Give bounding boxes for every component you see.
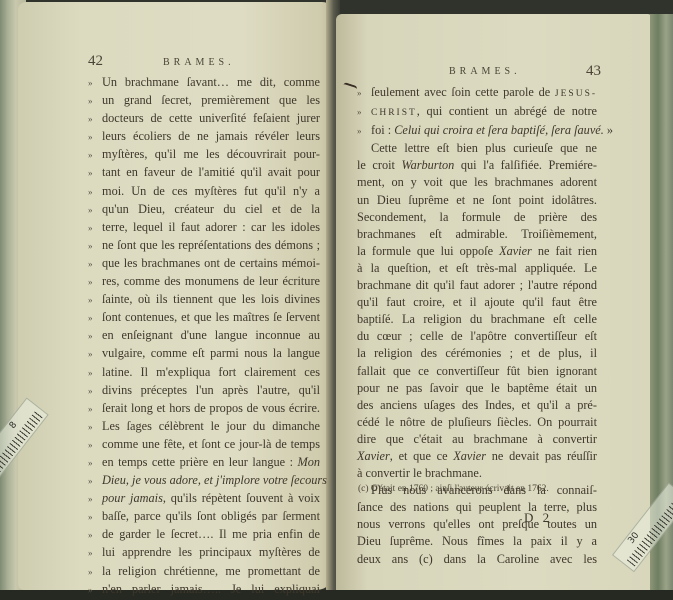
text-line: »Les ſages célèbrent le jour du dimanche: [88, 418, 320, 436]
text-run: des anciens uſages des Indes, et qu'il a…: [357, 398, 597, 412]
text-run: leurs écoliers de ne jamais révéler leur…: [102, 129, 320, 143]
quote-mark: »: [88, 202, 102, 219]
quote-mark: »: [88, 328, 102, 345]
quote-mark: »: [357, 104, 371, 121]
text-run: ne ſont que les repréſentations des démo…: [102, 238, 320, 252]
text-line: brachmane dit qu'il faut adorer ; l'autr…: [357, 277, 597, 294]
italic-text: Xavier: [499, 244, 532, 258]
text-run: qui l'a falſifiée. Premiére-: [454, 158, 597, 172]
quote-mark: »: [88, 383, 102, 400]
quote-mark: »: [88, 473, 102, 490]
text-run: Cette lettre eſt bien plus curieuſe que …: [371, 141, 597, 155]
italic-text: Celui qui croira et ſera baptiſé, ſera ſ…: [394, 123, 604, 137]
text-line: deux ans (c) dans la Caroline avec les: [357, 551, 597, 568]
quote-mark: »: [357, 123, 371, 140]
text-line: baptiſé. La religion du brachmane eſt ce…: [357, 311, 597, 328]
right-running-head: BRAMES.: [449, 66, 521, 77]
text-line: ment, on y voit que les brachmanes adore…: [357, 174, 597, 191]
italic-text: Xavier: [453, 449, 486, 463]
text-run: , et que ce: [390, 449, 453, 463]
text-run: le croit: [357, 158, 401, 172]
text-line: »n'en parler jamais….. Je lui expliquai: [88, 581, 320, 599]
text-line: »Dieu, je vous adore, et j'implore votre…: [88, 472, 320, 490]
text-run: du cœur ; celle de l'apôtre convertiſſeu…: [357, 329, 597, 343]
text-line: »de garder le ſecret…. Il me pria enfin …: [88, 526, 320, 544]
text-run: en enſeignant d'une langue inconnue au: [102, 328, 320, 342]
text-run: Secondement, la formule de prière des: [357, 210, 597, 224]
text-run: docteurs de cette univerſité feſaient ju…: [102, 111, 320, 125]
text-line: »Un brachmane ſavant… me dit, comme: [88, 74, 320, 92]
text-line: »divins préceptes l'un après l'autre, qu…: [88, 382, 320, 400]
text-run: la formule que lui oppoſe: [357, 244, 499, 258]
text-run: Un brachmane ſavant… me dit, comme: [102, 75, 320, 89]
text-line: cédé le nôtre de pluſieurs ſiècles. On p…: [357, 414, 597, 431]
text-run: ne fait rien: [532, 244, 597, 258]
text-run: Les ſages célèbrent le jour du dimanche: [102, 419, 320, 433]
text-line: »res, comme des monumens de leur écritur…: [88, 273, 320, 291]
quote-mark: »: [88, 509, 102, 526]
text-run: lui apprendre les principaux myſtères de: [102, 545, 320, 559]
footnote: (c) C'était en 1760 ; ainſi l'auteur écr…: [358, 484, 549, 494]
text-line: »la religion chrétienne, me promettant d…: [88, 563, 320, 581]
open-book-scan: 42 BRAMES. »Un brachmane ſavant… me dit,…: [0, 0, 673, 600]
text-line: »lui apprendre les principaux myſtères d…: [88, 544, 320, 562]
quote-mark: »: [88, 129, 102, 146]
text-run: res, comme des monumens de leur écriture: [102, 274, 320, 288]
text-run: terre, lequel il faut adorer : car les i…: [102, 220, 320, 234]
text-line: »comme une fête, et ſont ce jour-là de t…: [88, 436, 320, 454]
text-line: pour ne pas ſavoir que le baptême était …: [357, 380, 597, 397]
text-line: »tant en faveur de l'amitié qu'il avait …: [88, 164, 320, 182]
quote-mark: »: [88, 165, 102, 182]
text-run: n'en parler jamais….. Je lui expliquai: [102, 582, 320, 596]
quote-mark: »: [88, 220, 102, 237]
quote-mark: »: [88, 111, 102, 128]
text-run: comme une fête, et ſont ce jour-là de te…: [102, 437, 320, 451]
text-line: »ne ſont que les repréſentations des dém…: [88, 237, 320, 255]
text-line: ſance des nations qui peuplent la terre,…: [357, 499, 597, 516]
text-run: un grand ſecret, premièrement que les: [102, 93, 320, 107]
text-run: un Dieu ſuprême et ne ſont point idolâtr…: [357, 193, 597, 207]
text-run: ſont contenues, et que les maîtres ſe ſe…: [102, 310, 320, 324]
text-run: à convertir le brachmane.: [357, 466, 482, 480]
text-line: fallait que ce convertiſſeur fût bien ig…: [357, 363, 597, 380]
quote-mark: »: [88, 527, 102, 544]
text-line: »foi : Celui qui croira et ſera baptiſé,…: [357, 122, 597, 140]
text-run: , qui contient un abrégé de notre: [417, 104, 597, 118]
text-line: »ſainte, où ils tiennent que les lois di…: [88, 291, 320, 309]
text-run: la religion des cérémonies ; et de plus,…: [357, 346, 597, 360]
text-run: foi :: [371, 123, 391, 137]
text-run: tant en faveur de l'amitié qu'il avait p…: [102, 165, 320, 179]
ruler-label: 8: [8, 420, 19, 431]
text-line: du cœur ; celle de l'apôtre convertiſſeu…: [357, 328, 597, 345]
text-run: qu'un Dieu, créateur du ciel et de la: [102, 202, 320, 216]
left-page-number: 42: [88, 53, 103, 70]
text-line: »CHRIST, qui contient un abrégé de notre: [357, 103, 597, 122]
text-line: un Dieu ſuprême et ne ſont point idolâtr…: [357, 192, 597, 209]
text-run: nous verrons qu'elles ont preſque toutes…: [357, 517, 597, 531]
text-line: qu'il faut croire, et il ajoute qu'il fa…: [357, 294, 597, 311]
text-run: en temps cette prière en leur langue :: [102, 455, 293, 469]
quote-mark: »: [88, 545, 102, 562]
text-line: nous verrons qu'elles ont preſque toutes…: [357, 516, 597, 533]
text-line: dire que c'était au brachmane à converti…: [357, 431, 597, 448]
text-run: divins préceptes l'un après l'autre, qu'…: [102, 383, 320, 397]
quote-mark: »: [88, 491, 102, 508]
text-line: la religion des cérémonies ; et de plus,…: [357, 345, 597, 362]
text-line: »latine. Il m'expliqua fort clairement c…: [88, 364, 320, 382]
text-run: deux ans (c) dans la Caroline avec les: [357, 552, 597, 566]
right-page-text: »ſeulement avec ſoin cette parole de JES…: [357, 84, 597, 568]
quote-mark: »: [88, 274, 102, 291]
text-run: latine. Il m'expliqua fort clairement ce…: [102, 365, 320, 379]
text-line: Dieu ſuprême. Nous fîmes la paix il y a: [357, 533, 597, 550]
text-run: baſſe, parce qu'ils ſont obligés par ſer…: [102, 509, 320, 523]
text-run: ne devait pas réuſſir: [486, 449, 597, 463]
small-caps-text: CHRIST: [371, 108, 417, 118]
quote-mark: »: [88, 75, 102, 92]
text-run: moi. Un de ces myſtères fut qu'il n'y a: [102, 184, 320, 198]
quote-mark: »: [88, 184, 102, 201]
text-line: »en enſeignant d'une langue inconnue au: [88, 327, 320, 345]
quote-mark: »: [604, 123, 613, 137]
text-run: la religion chrétienne, me promettant de: [102, 564, 320, 578]
quote-mark: »: [88, 147, 102, 164]
small-caps-text: JESUS-: [555, 89, 597, 99]
quote-mark: »: [357, 85, 371, 102]
text-line: »baſſe, parce qu'ils ſont obligés par ſe…: [88, 508, 320, 526]
text-line: »moi. Un de ces myſtères fut qu'il n'y a: [88, 183, 320, 201]
text-line: la formule que lui oppoſe Xavier ne fait…: [357, 243, 597, 260]
text-line: »qu'un Dieu, créateur du ciel et de la: [88, 201, 320, 219]
text-run: ſainte, où ils tiennent que les lois div…: [102, 292, 320, 306]
text-line: à la queſtion, et eſt très-mal appliquée…: [357, 260, 597, 277]
left-running-head: BRAMES.: [163, 57, 235, 68]
text-line: »vulgaire, comme eſt parmi nous la langu…: [88, 345, 320, 363]
quote-mark: »: [88, 582, 102, 599]
text-line: »ſont contenues, et que les maîtres ſe ſ…: [88, 309, 320, 327]
text-line: Secondement, la formule de prière des: [357, 209, 597, 226]
quote-mark: »: [88, 455, 102, 472]
quote-mark: »: [88, 401, 102, 418]
text-line: le croit Warburton qui l'a falſifiée. Pr…: [357, 157, 597, 174]
text-run: ſance des nations qui peuplent la terre,…: [357, 500, 597, 514]
italic-text: Dieu, je vous adore, et j'implore votre …: [102, 473, 327, 487]
text-line: des anciens uſages des Indes, et qu'il a…: [357, 397, 597, 414]
text-run: brachmane dit qu'il faut adorer ; l'autr…: [357, 278, 597, 292]
italic-text: Xavier: [357, 449, 390, 463]
quote-mark: »: [88, 564, 102, 581]
text-line: »pour jamais, qu'ils répètent ſouvent à …: [88, 490, 320, 508]
text-run: brachmanes eſt admirable. Troiſièmement,: [357, 227, 597, 241]
text-run: ſerait long et hors de propos de vous éc…: [102, 401, 320, 415]
text-run: myſtères, qu'il me les découvrirait pour…: [102, 147, 320, 161]
text-line: à convertir le brachmane.: [357, 465, 597, 482]
left-page-text: »Un brachmane ſavant… me dit, comme»un g…: [88, 74, 320, 599]
signature-mark: D 2: [524, 510, 552, 526]
italic-text: Mon: [297, 455, 320, 469]
text-line: Cette lettre eſt bien plus curieuſe que …: [357, 140, 597, 157]
text-line: »ſeulement avec ſoin cette parole de JES…: [357, 84, 597, 103]
text-line: »ſerait long et hors de propos de vous é…: [88, 400, 320, 418]
quote-mark: »: [88, 238, 102, 255]
text-line: »terre, lequel il faut adorer : car les …: [88, 219, 320, 237]
text-run: ment, on y voit que les brachmanes adore…: [357, 175, 597, 189]
text-run: pour ne pas ſavoir que le baptême était …: [357, 381, 597, 395]
text-run: Dieu ſuprême. Nous fîmes la paix il y a: [357, 534, 597, 548]
italic-text: Warburton: [401, 158, 454, 172]
text-run: dire que c'était au brachmane à converti…: [357, 432, 597, 446]
right-page-number: 43: [586, 63, 601, 80]
text-run: fallait que ce convertiſſeur fût bien ig…: [357, 364, 597, 378]
text-line: »un grand ſecret, premièrement que les: [88, 92, 320, 110]
text-run: que les brachmanes ont de certains mémoi…: [102, 256, 320, 270]
text-line: »que les brachmanes ont de certains mémo…: [88, 255, 320, 273]
text-run: , qu'ils répètent ſouvent à voix: [163, 491, 320, 505]
text-run: de garder le ſecret…. Il me pria enfin d…: [102, 527, 320, 541]
text-line: »docteurs de cette univerſité feſaient j…: [88, 110, 320, 128]
quote-mark: »: [88, 419, 102, 436]
quote-mark: »: [88, 365, 102, 382]
text-line: »en temps cette prière en leur langue : …: [88, 454, 320, 472]
text-line: brachmanes eſt admirable. Troiſièmement,: [357, 226, 597, 243]
quote-mark: »: [88, 310, 102, 327]
text-run: baptiſé. La religion du brachmane eſt ce…: [357, 312, 597, 326]
quote-mark: »: [88, 292, 102, 309]
quote-mark: »: [88, 437, 102, 454]
text-run: à la queſtion, et eſt très-mal appliquée…: [357, 261, 597, 275]
text-run: ſeulement avec ſoin cette parole de: [371, 85, 550, 99]
text-line: Xavier, et que ce Xavier ne devait pas r…: [357, 448, 597, 465]
quote-mark: »: [88, 93, 102, 110]
italic-text: pour jamais: [102, 491, 163, 505]
text-line: »myſtères, qu'il me les découvrirait pou…: [88, 146, 320, 164]
quote-mark: »: [88, 256, 102, 273]
text-line: »leurs écoliers de ne jamais révéler leu…: [88, 128, 320, 146]
text-run: vulgaire, comme eſt parmi nous la langue: [102, 346, 320, 360]
text-run: cédé le nôtre de pluſieurs ſiècles. On p…: [357, 415, 597, 429]
text-run: qu'il faut croire, et il ajoute qu'il fa…: [357, 295, 597, 309]
quote-mark: »: [88, 346, 102, 363]
